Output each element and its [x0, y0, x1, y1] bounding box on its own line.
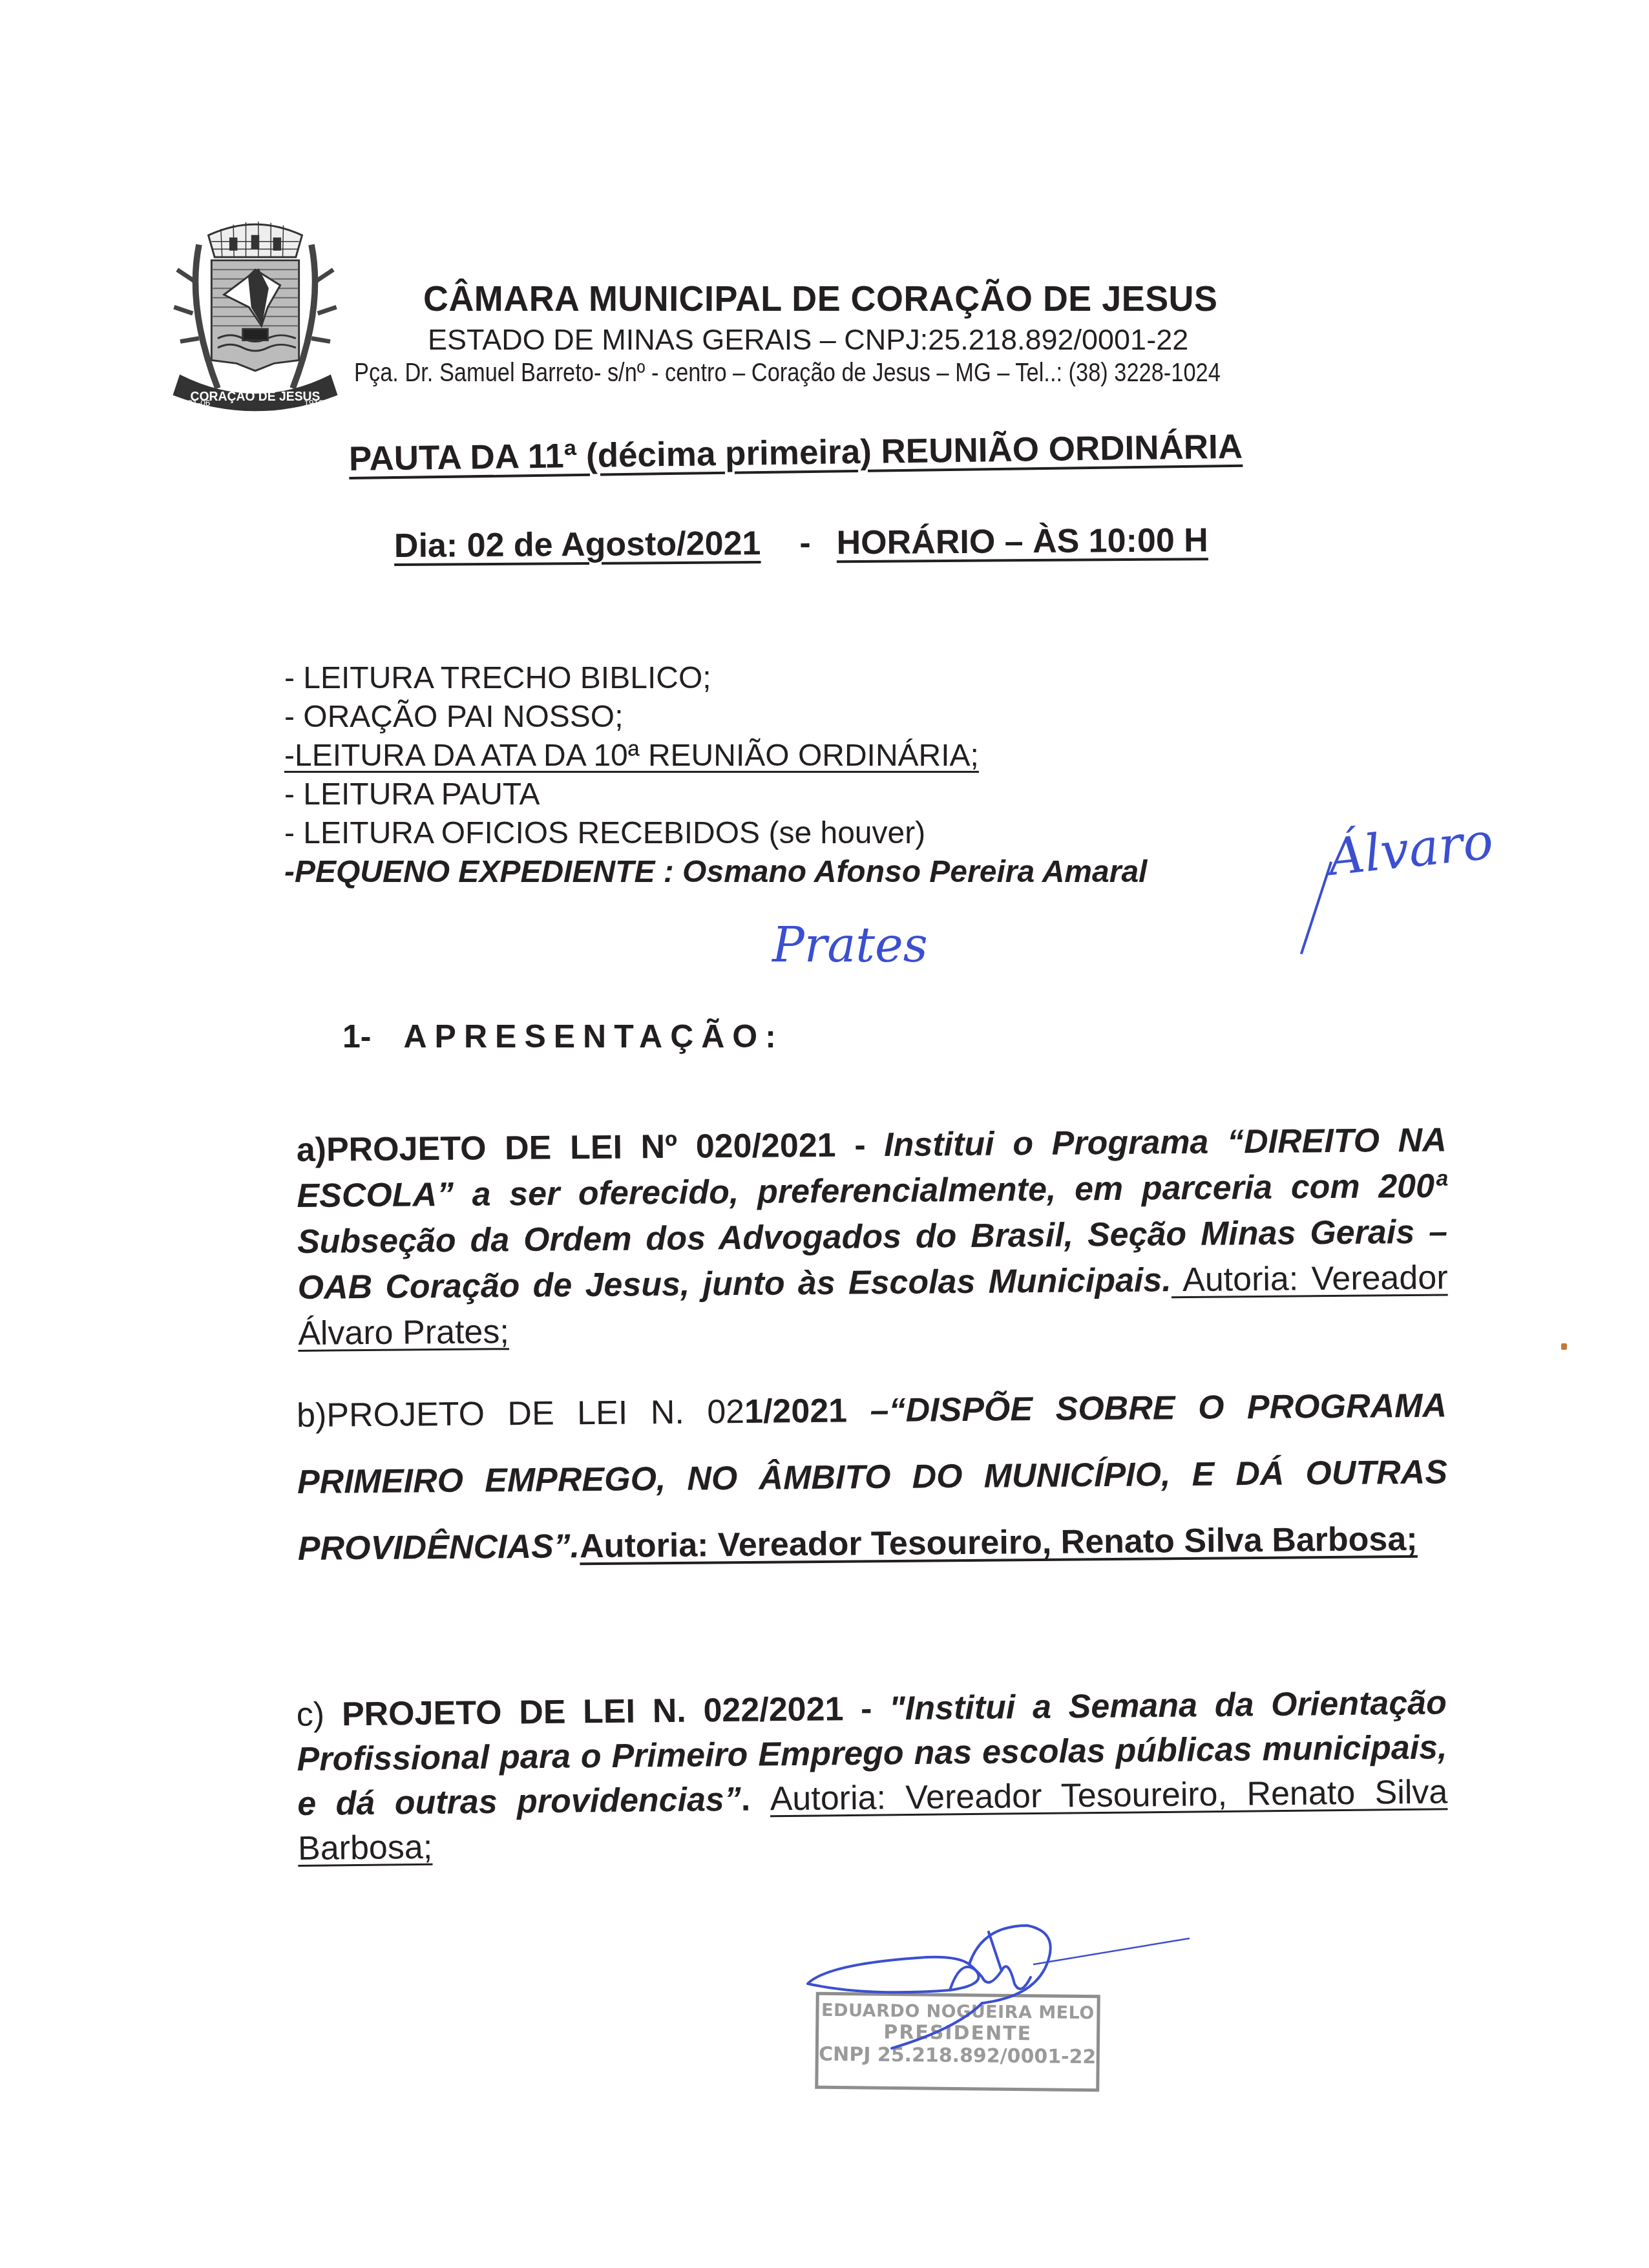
agenda-title: PAUTA DA 11ª (décima primeira) REUNIÃO O…	[349, 427, 1243, 479]
svg-text:01-06: 01-06	[188, 398, 211, 408]
expediente-name: Osmano Afonso Pereira Amaral	[682, 855, 1147, 889]
preliminary-item: - LEITURA OFICIOS RECEBIDOS (se houver)	[284, 814, 1147, 853]
bill-authorship: Autoria: Vereador Tesoureiro, Renato Sil…	[580, 1520, 1418, 1565]
bill-item: c) PROJETO DE LEI N. 022/2021 - "Institu…	[297, 1681, 1449, 1871]
section-number: 1-	[342, 1018, 371, 1055]
handwritten-note-alvaro: Álvaro	[1325, 812, 1496, 887]
bill-number: a)PROJETO DE LEI Nº 020/2021 -	[297, 1126, 885, 1169]
preliminary-item: - LEITURA PAUTA	[284, 775, 1147, 814]
meeting-date-time: Dia: 02 de Agosto/2021-HORÁRIO – ÀS 10:0…	[394, 521, 1208, 565]
preliminary-item: - ORAÇÃO PAI NOSSO;	[284, 698, 1147, 737]
section-title: APRESENTAÇÃO:	[403, 1018, 783, 1055]
handwritten-note-prates: Prates	[772, 918, 928, 973]
bill-number: PROJETO DE LEI N. 022/2021 -	[342, 1690, 890, 1733]
bill-number-bold: 1/2021	[744, 1392, 848, 1431]
pequeno-expediente: -PEQUENO EXPEDIENTE : Osmano Afonso Pere…	[284, 853, 1147, 892]
coat-of-arms-icon: CORAÇÃO DE JESUS 01-06 1912	[162, 207, 349, 420]
scan-speck	[1561, 1343, 1567, 1350]
bill-letter: c)	[297, 1696, 342, 1734]
organization-address: Pça. Dr. Samuel Barreto- s/nº - centro –…	[354, 359, 1221, 388]
signature-icon	[788, 1913, 1202, 2068]
date-time-separator: -	[799, 523, 811, 562]
preliminary-item: - LEITURA TRECHO BIBLICO;	[284, 659, 1147, 698]
organization-state-cnpj: ESTADO DE MINAS GERAIS – CNPJ:25.218.892…	[428, 323, 1188, 357]
preliminary-item: -LEITURA DA ATA DA 10ª REUNIÃO ORDINÁRIA…	[284, 737, 1147, 775]
bill-item: a)PROJETO DE LEI Nº 020/2021 - Institui …	[296, 1117, 1448, 1357]
svg-text:1912: 1912	[304, 398, 323, 408]
agenda-title-text: PAUTA DA 11ª (décima primeira) REUNIÃO O…	[349, 428, 1243, 478]
meeting-time: HORÁRIO – ÀS 10:00 H	[836, 521, 1208, 562]
handwritten-slash	[1300, 861, 1332, 954]
organization-name: CÂMARA MUNICIPAL DE CORAÇÃO DE JESUS	[423, 278, 1217, 319]
bill-item: b)PROJETO DE LEI N. 021/2021 –“DISPÕE SO…	[297, 1372, 1449, 1582]
section-heading: 1-APRESENTAÇÃO:	[342, 1018, 784, 1055]
bill-punctuation: .	[741, 1780, 770, 1818]
bill-number: b)PROJETO DE LEI N. 02	[297, 1393, 745, 1434]
meeting-date: Dia: 02 de Agosto/2021	[394, 525, 761, 565]
preliminary-items: - LEITURA TRECHO BIBLICO; - ORAÇÃO PAI N…	[284, 659, 1147, 892]
expediente-label: -PEQUENO EXPEDIENTE :	[284, 855, 682, 889]
